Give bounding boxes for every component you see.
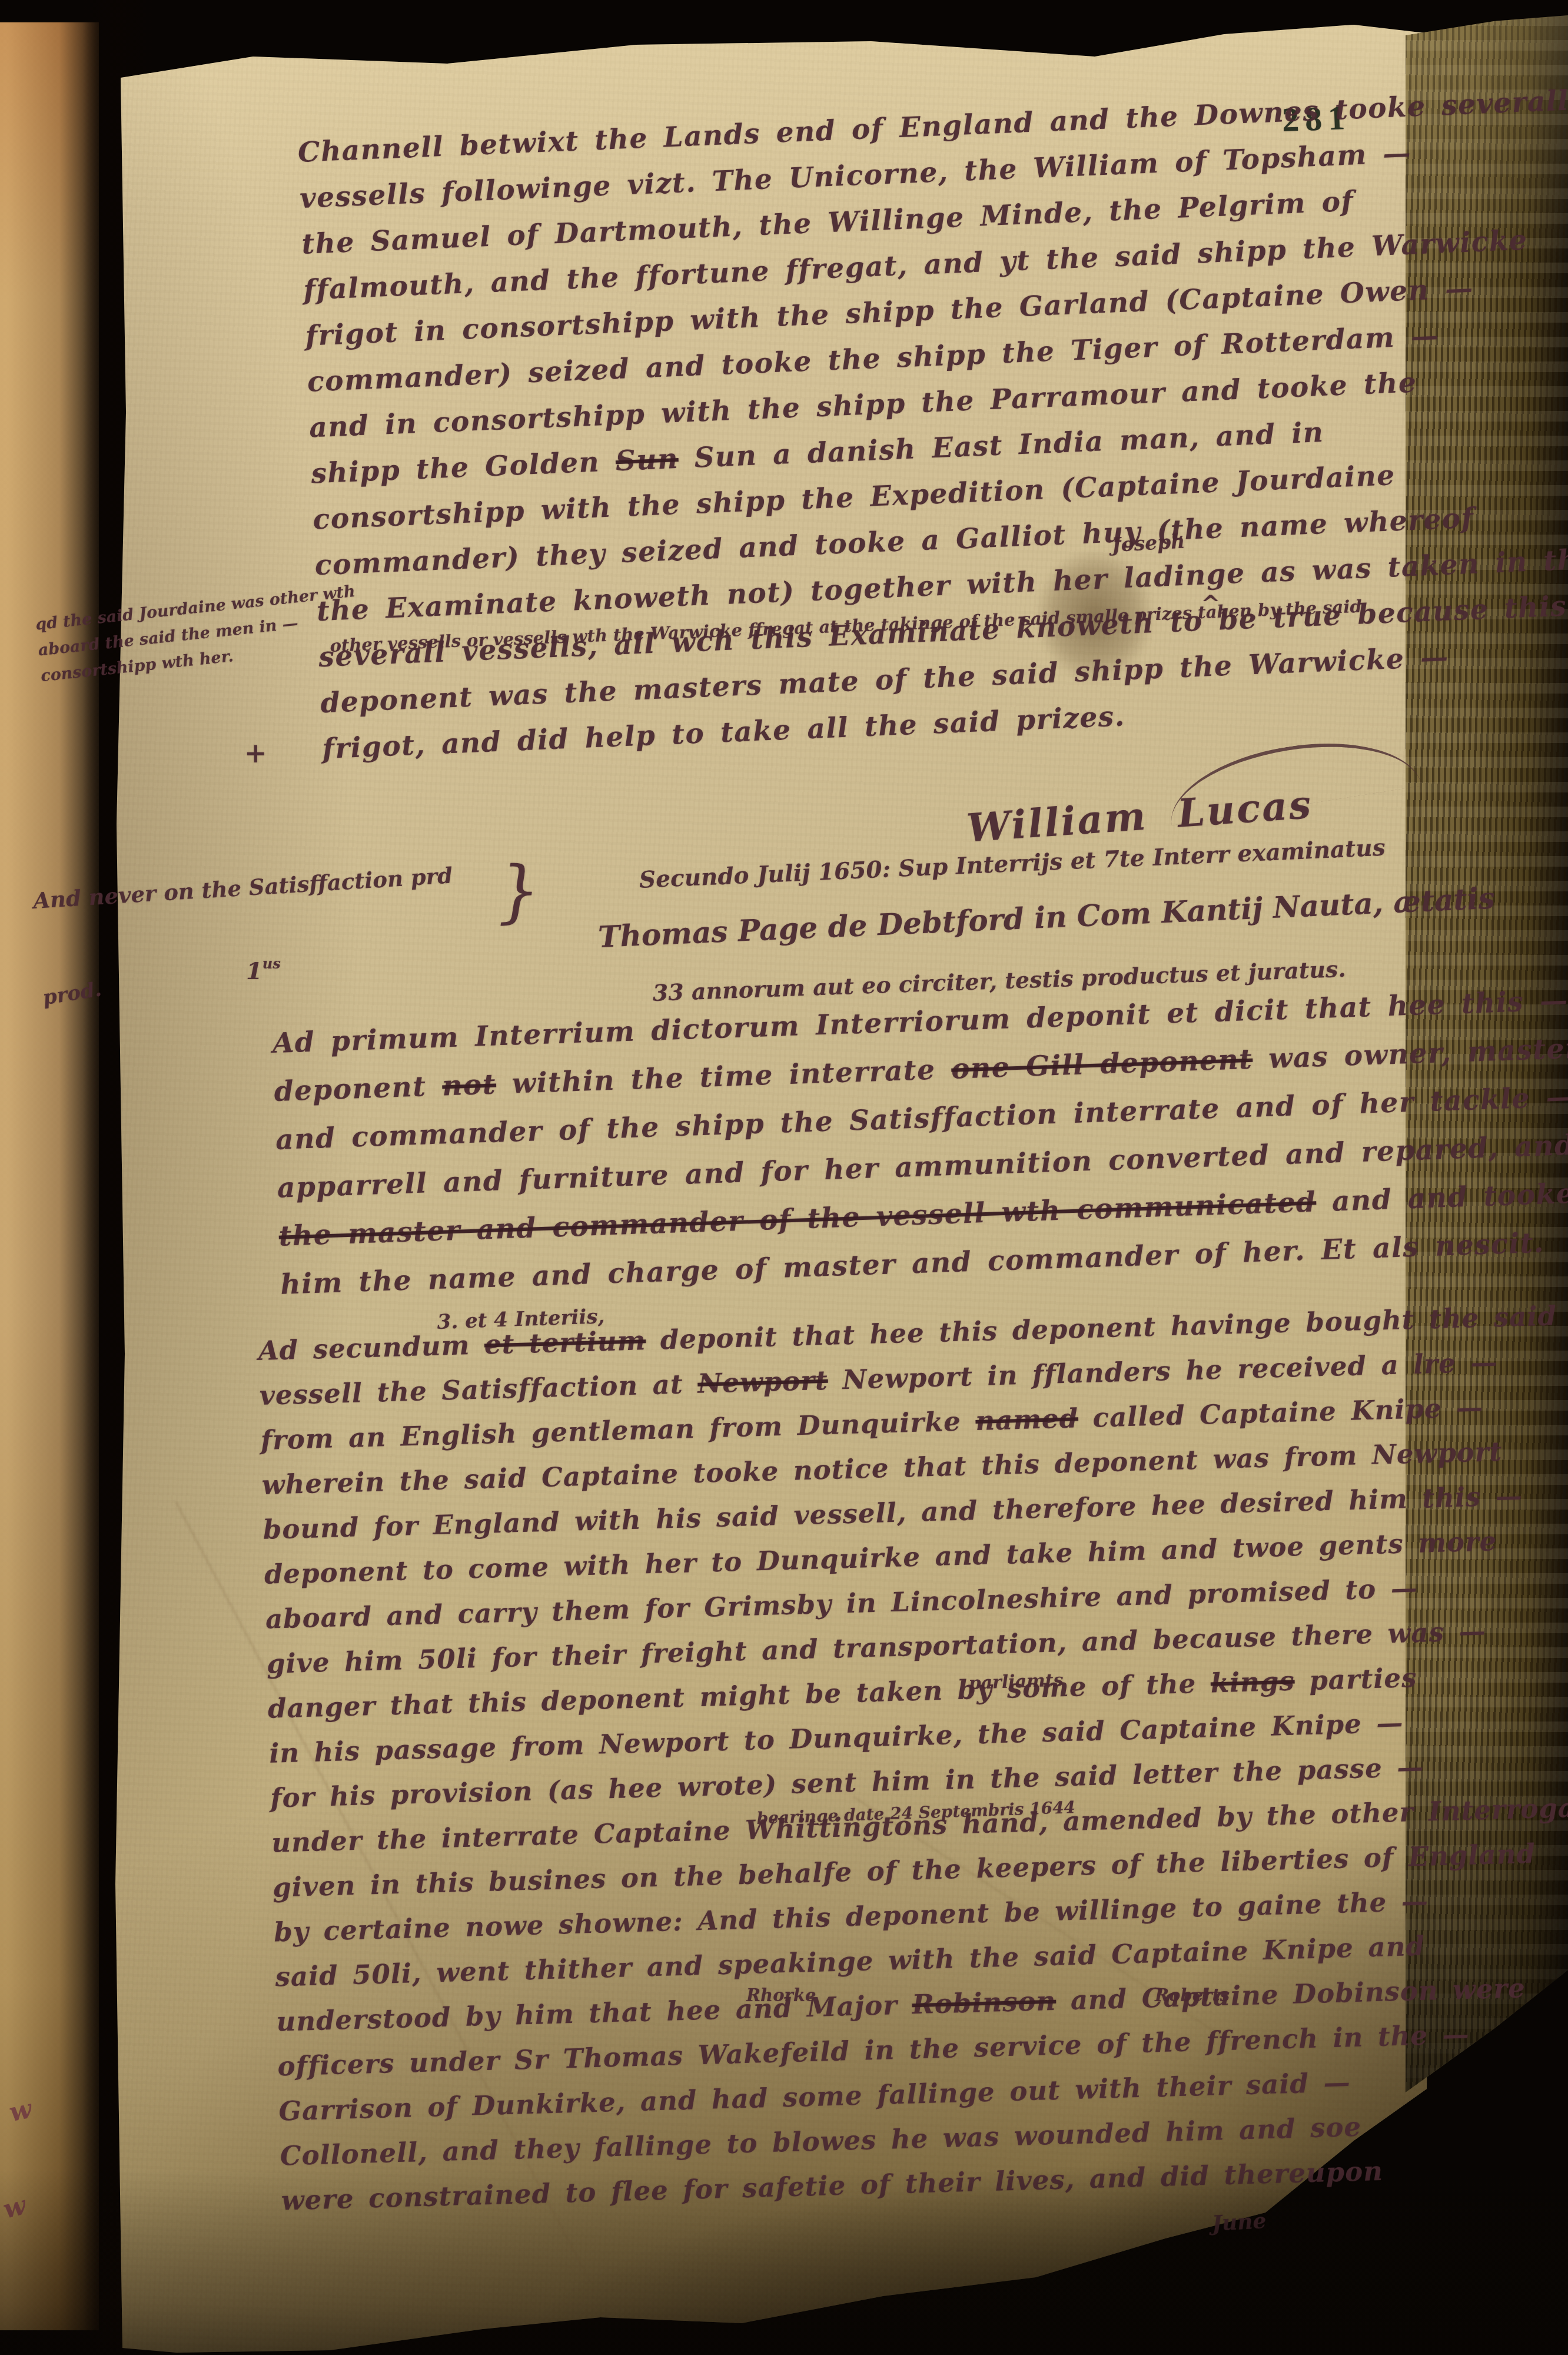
deposition-paragraph-lucas: Channell betwixt the Lands end of Englan… [297,81,1568,779]
deponent-name-line: Thomas Page de Debtford in Com Kantij Na… [597,880,1496,954]
marginal-cross-mark: + [244,737,267,769]
witness-number-suffix: us [263,955,281,972]
struck-text: named [975,1402,1079,1437]
interlined-word-rhorke: Rhorke [746,1985,816,2005]
interlined-word-joseph: Joseph [1111,529,1185,556]
witness-number-mark: 1us [246,955,281,985]
struck-text: Newport [697,1365,829,1399]
caret-mark: ^ [1201,590,1221,618]
struck-text: kings [1210,1666,1295,1699]
line-text: Ad secundum [258,1329,485,1366]
interlined-word-roberts: Roberts [1155,1985,1230,2005]
catchword: June [1211,2208,1267,2236]
struck-text: not [441,1068,497,1102]
interlined-word-parliaments: parliamts [968,1670,1064,1694]
margin-prod-mark: prod. [41,977,103,1010]
manuscript-photo: w w 281 Channell betwixt the Lands end o… [0,0,1568,2355]
witness-number: 1 [246,957,263,985]
struck-text: Sun [615,443,679,477]
margin-note-jourdaine: qd the said Jourdaine was other wth aboa… [34,579,362,689]
handwritten-ink-layer: 281 Channell betwixt the Lands end of En… [0,0,1568,2355]
line-text: deponent [274,1070,443,1107]
deposition-paragraph-ad-primum: Ad primum Interrium dictorum Interriorum… [272,980,1568,1317]
line-text: parties [1294,1662,1417,1697]
line-text: deponit that hee this deponent havinge b… [645,1299,1568,1356]
struck-text: Robinson [912,1985,1057,2021]
deposition-paragraph-ad-secundum: Ad secundum et tertium deponit that hee … [258,1298,1568,2230]
struck-text: et tertium [484,1325,646,1360]
margin-brace: } [496,851,542,931]
margin-note-satisfaction: And never on the Satisffaction prd [32,862,453,913]
